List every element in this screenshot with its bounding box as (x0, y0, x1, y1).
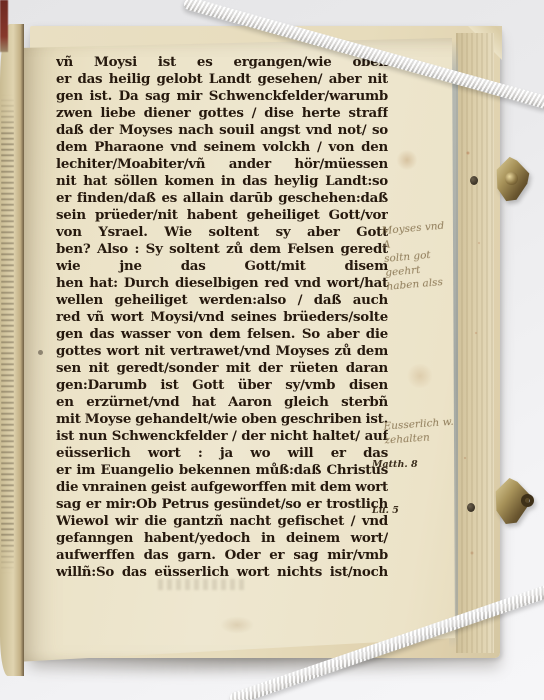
printed-text-line: zwen liebe diener gottes / dise herte st… (56, 105, 388, 122)
fore-edge-page-stack (456, 33, 494, 653)
clasp-boss (505, 172, 518, 185)
printed-text-line: red vñ wort Moysi/vnd seines brüeders/so… (56, 309, 388, 326)
printed-text-line: gen:Darumb ist Gott über sy/vmb disen mi… (56, 377, 388, 394)
foxing-stain (220, 616, 254, 634)
printed-text-line: wellen geheiliget werden:also / daß auch… (56, 292, 388, 309)
printed-text-line: gottes wort nit vertrawet/vnd Moyses zů … (56, 343, 388, 360)
printed-text-line: gen ist. Da sag mir Schwenckfelder/warum… (56, 88, 388, 105)
facing-page-blurred-text (1, 94, 14, 574)
printed-text-line: Wiewol wir die gantzñ nacht gefischet / … (56, 513, 388, 530)
clasp-nail-top (470, 176, 478, 185)
printed-text-line: er im Euangelio bekennen můß:daß Christu… (56, 462, 388, 479)
foxing-stain (406, 364, 434, 388)
printed-text-line: wie jne das Gott/mit disem wort/Debartem… (56, 258, 388, 275)
printed-text-line: gefanngen habent/yedoch in deinem wort/ … (56, 530, 388, 547)
printed-text-line: ben? Also : Sy soltent zů dem Felsen ger… (56, 241, 388, 258)
ink-speck (38, 350, 43, 355)
printed-text-line: eüsserlich wort : ja wo will er das vera… (56, 445, 388, 462)
printed-text-line: daß der Moyses nach souil angst vnd not/… (56, 122, 388, 139)
printed-text-line: die vnrainen geist aufgeworffen mit dem … (56, 479, 388, 496)
printed-text-line: von Ysrael. Wie soltent sy aber Gott geh… (56, 224, 388, 241)
printed-text-line: er finden/daß es allain darūb geschehen:… (56, 190, 388, 207)
printed-text-line: mit Moyse gehandelt/wie oben geschriben … (56, 411, 388, 428)
printed-text-line: sen nit geredt/sonder mit der rüeten dar… (56, 360, 388, 377)
printed-text-line: willñ:So das eüsserlich wort nichts ist/… (56, 564, 388, 581)
printed-text-line: lechiter/Moabiter/vñ ander hör/müessen ü… (56, 156, 388, 173)
brass-clasp-top (496, 156, 530, 202)
printed-text-line: nit hat söllen komen in das heylig Landt… (56, 173, 388, 190)
clasp-ring (521, 494, 534, 507)
printed-text-block: vñ Moysi ist es ergangen/wie oben angetz… (56, 54, 388, 581)
printed-text-line: ist nun Schwenckfelder / der nicht halte… (56, 428, 388, 445)
facing-page-gutter (0, 24, 24, 676)
clasp-nail-bottom (467, 503, 475, 512)
handwritten-margin-note-bottom: Eusserlich w. zehalten (383, 414, 461, 447)
photograph-of-open-book: vñ Moysi ist es ergangen/wie oben angetz… (0, 0, 544, 700)
printed-margin-reference-luke: Lu. 5 (372, 505, 399, 516)
brass-clasp-bottom (495, 477, 531, 525)
foxing-stain (396, 150, 418, 170)
printed-text-line: aufwerffen das garn. Oder er sag mir/vmb… (56, 547, 388, 564)
printed-text-line: sag er mir:Ob Petrus gesündet/so er tros… (56, 496, 388, 513)
printed-text-line: en erzürnet/vnd hat Aaron gleich sterbñ … (56, 394, 388, 411)
printed-text-line: gen das wasser von dem felsen. So aber d… (56, 326, 388, 343)
printed-text-line: sein prüeder/nit habent geheiliget Gott/… (56, 207, 388, 224)
printed-text-line: dem Pharaone vnd seinem volckh / von den… (56, 139, 388, 156)
printed-text-line: er das heilig gelobt Landt gesehen/ aber… (56, 71, 388, 88)
printed-margin-reference-matthew: Matth. 8 (372, 459, 418, 470)
printed-text-line: hen hat: Durch dieselbigen red vnd wort/… (56, 275, 388, 292)
red-cover-board-sliver (0, 0, 8, 52)
printed-text-line: vñ Moysi ist es ergangen/wie oben angetz… (56, 54, 388, 71)
handwritten-margin-note-top: Moyses vnd A soltn got geehrt haben alss (381, 218, 457, 294)
